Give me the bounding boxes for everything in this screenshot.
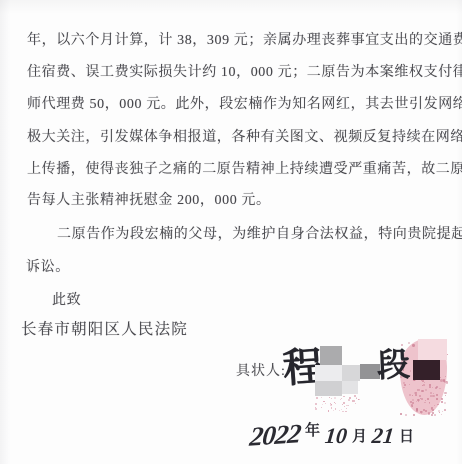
fingerprint-speckle-dot — [316, 397, 318, 399]
fingerprint-texture-dot — [432, 387, 433, 388]
body-line: 上传播，使得丧独子之痛的二原告精神上持续遭受严重痛苦，故二原 — [27, 160, 462, 180]
pixelated-redaction-block — [315, 365, 342, 381]
fingerprint-speckle-dot — [341, 409, 342, 410]
fingerprint-texture-dot — [431, 409, 432, 410]
fingerprint-speckle-dot — [339, 410, 340, 411]
fingerprint-speckle-dot — [355, 403, 356, 404]
fingerprint-texture-dot — [435, 387, 437, 389]
body-line: 师代理费 50，000 元。此外，段宏楠作为知名网红，其去世引发网络 — [27, 95, 462, 115]
handwritten-date: 2022 年 10 月 21 日 — [250, 420, 416, 451]
fingerprint-speckle-dot — [328, 410, 330, 412]
fingerprint-speckle-dot — [359, 399, 360, 400]
body-line: 年，以六个月计算，计 38，309 元；亲属办理丧葬事宜支出的交通费、 — [27, 31, 462, 51]
date-year-suffix: 年 — [305, 419, 320, 440]
fingerprint-speckle-dot — [343, 396, 344, 397]
court-name: 长春市朝阳区人民法院 — [21, 320, 188, 340]
fingerprint-speckle-dot — [346, 408, 348, 410]
pixelated-redaction-block — [320, 346, 342, 365]
fingerprint-speckle-dot — [331, 398, 332, 399]
pixelated-redaction-block — [315, 381, 342, 396]
fingerprint-speckle-dot — [315, 408, 317, 410]
fingerprint-speckle-dot — [321, 397, 322, 398]
fingerprint-texture-dot — [412, 395, 413, 396]
fingerprint-speckle-dot — [315, 403, 317, 405]
fingerprint-speckle-dot — [330, 404, 332, 406]
fingerprint-texture-dot — [425, 389, 427, 391]
fingerprint-texture-dot — [432, 409, 434, 411]
fingerprint-texture-dot — [409, 384, 410, 385]
fingerprint-texture-dot — [403, 387, 405, 389]
document-photo: 年，以六个月计算，计 38，309 元；亲属办理丧葬事宜支出的交通费、 住宿费、… — [0, 0, 462, 464]
fingerprint-texture-dot — [405, 414, 407, 416]
fingerprint-texture-dot — [409, 394, 411, 396]
fingerprint-speckle-dot — [322, 404, 323, 405]
pixelated-redaction-block — [342, 381, 358, 394]
body-line: 二原告作为段宏楠的父母，为维护自身合法权益，特向贵院提起 — [57, 225, 462, 245]
fingerprint-texture-dot — [441, 414, 442, 415]
fingerprint-texture-dot — [434, 414, 437, 417]
fingerprint-speckle-dot — [346, 405, 347, 406]
fingerprint-texture-dot — [444, 409, 446, 411]
fingerprint-texture-dot — [422, 385, 423, 386]
fingerprint-speckle-dot — [343, 402, 345, 404]
fingerprint-texture-dot — [443, 379, 446, 382]
fingerprint-speckle-dot — [348, 405, 349, 406]
fingerprint-texture-dot — [418, 401, 419, 402]
fingerprint-texture-dot — [412, 344, 414, 346]
fingerprint-speckle-dot — [341, 398, 342, 399]
fingerprint-speckle-dot — [342, 411, 344, 413]
fingerprint-texture-dot — [429, 403, 430, 404]
fingerprint-speckle-dot — [356, 398, 357, 399]
signatory-label: 具状人: — [236, 362, 286, 382]
fingerprint-texture-dot — [421, 390, 423, 392]
fingerprint-texture-dot — [419, 389, 420, 390]
body-line: 极大关注，引发媒体争相报道，各种有关图文、视频反复持续在网络 — [27, 128, 462, 148]
closing-salutation: 此致 — [52, 291, 81, 311]
fingerprint-texture-dot — [429, 402, 430, 403]
fingerprint-texture-dot — [422, 380, 424, 382]
fingerprint-texture-dot — [425, 400, 427, 402]
fingerprint-texture-dot — [420, 411, 423, 414]
dark-redaction-block — [413, 360, 440, 380]
fingerprint-texture-dot — [408, 342, 410, 344]
fingerprint-speckle-dot — [345, 411, 346, 412]
fingerprint-texture-dot — [445, 376, 446, 377]
fingerprint-texture-dot — [413, 380, 415, 382]
fingerprint-speckle-dot — [331, 407, 333, 409]
fingerprint-texture-dot — [401, 344, 403, 346]
fingerprint-texture-dot — [441, 398, 443, 400]
fingerprint-texture-dot — [429, 386, 431, 388]
fingerprint-speckle-dot — [325, 403, 326, 404]
fingerprint-texture-dot — [424, 382, 425, 383]
date-day: 21 — [371, 423, 396, 449]
fingerprint-texture-dot — [439, 388, 440, 389]
fingerprint-texture-dot — [404, 384, 406, 386]
body-line: 住宿费、误工费实际损失计约 10，000 元；二原告为本案维权支付律 — [27, 63, 462, 83]
fingerprint-texture-dot — [436, 398, 438, 400]
fingerprint-texture-dot — [433, 393, 434, 394]
fingerprint-speckle-dot — [334, 397, 336, 399]
fingerprint-speckle-dot — [354, 400, 355, 401]
pixelated-redaction-block — [342, 365, 360, 381]
fingerprint-texture-dot — [425, 410, 426, 411]
body-line: 诉讼。 — [26, 258, 70, 278]
fingerprint-texture-dot — [411, 404, 414, 407]
stamp-blur-highlight-square — [418, 339, 447, 360]
fingerprint-speckle-dot — [348, 399, 350, 401]
fingerprint-speckle-dot — [335, 408, 337, 410]
date-month: 10 — [324, 423, 349, 449]
fingerprint-texture-dot — [424, 402, 425, 403]
fingerprint-texture-dot — [441, 401, 443, 403]
fingerprint-speckle-dot — [333, 410, 334, 411]
fingerprint-texture-dot — [415, 392, 417, 394]
fingerprint-texture-dot — [415, 394, 417, 396]
fingerprint-texture-dot — [442, 411, 443, 412]
body-line: 告每人主张精神抚慰金 200，000 元。 — [27, 191, 271, 211]
fingerprint-texture-dot — [438, 410, 440, 412]
fingerprint-speckle-dot — [329, 397, 330, 398]
fingerprint-speckle-dot — [344, 406, 345, 407]
fingerprint-speckle-dot — [321, 407, 323, 409]
fingerprint-texture-dot — [431, 414, 433, 416]
fingerprint-texture-dot — [421, 398, 423, 400]
fingerprint-texture-dot — [427, 398, 429, 400]
fingerprint-texture-dot — [421, 413, 422, 414]
fingerprint-texture-dot — [400, 413, 402, 415]
fingerprint-texture-dot — [416, 410, 418, 412]
fingerprint-speckle-dot — [342, 404, 343, 405]
fingerprint-texture-dot — [439, 412, 440, 413]
fingerprint-texture-dot — [432, 395, 435, 398]
date-day-suffix: 日 — [399, 425, 414, 446]
date-month-suffix: 月 — [352, 425, 367, 446]
handwritten-signature-surname-2: 段 — [376, 348, 410, 383]
fingerprint-texture-dot — [445, 395, 446, 396]
fingerprint-texture-dot — [423, 384, 425, 386]
fingerprint-texture-dot — [437, 404, 438, 405]
fingerprint-texture-dot — [444, 402, 446, 404]
fingerprint-texture-dot — [413, 414, 415, 416]
fingerprint-texture-dot — [434, 405, 435, 406]
fingerprint-texture-dot — [436, 394, 438, 396]
date-year: 2022 — [248, 418, 302, 452]
fingerprint-speckle-dot — [335, 403, 336, 404]
